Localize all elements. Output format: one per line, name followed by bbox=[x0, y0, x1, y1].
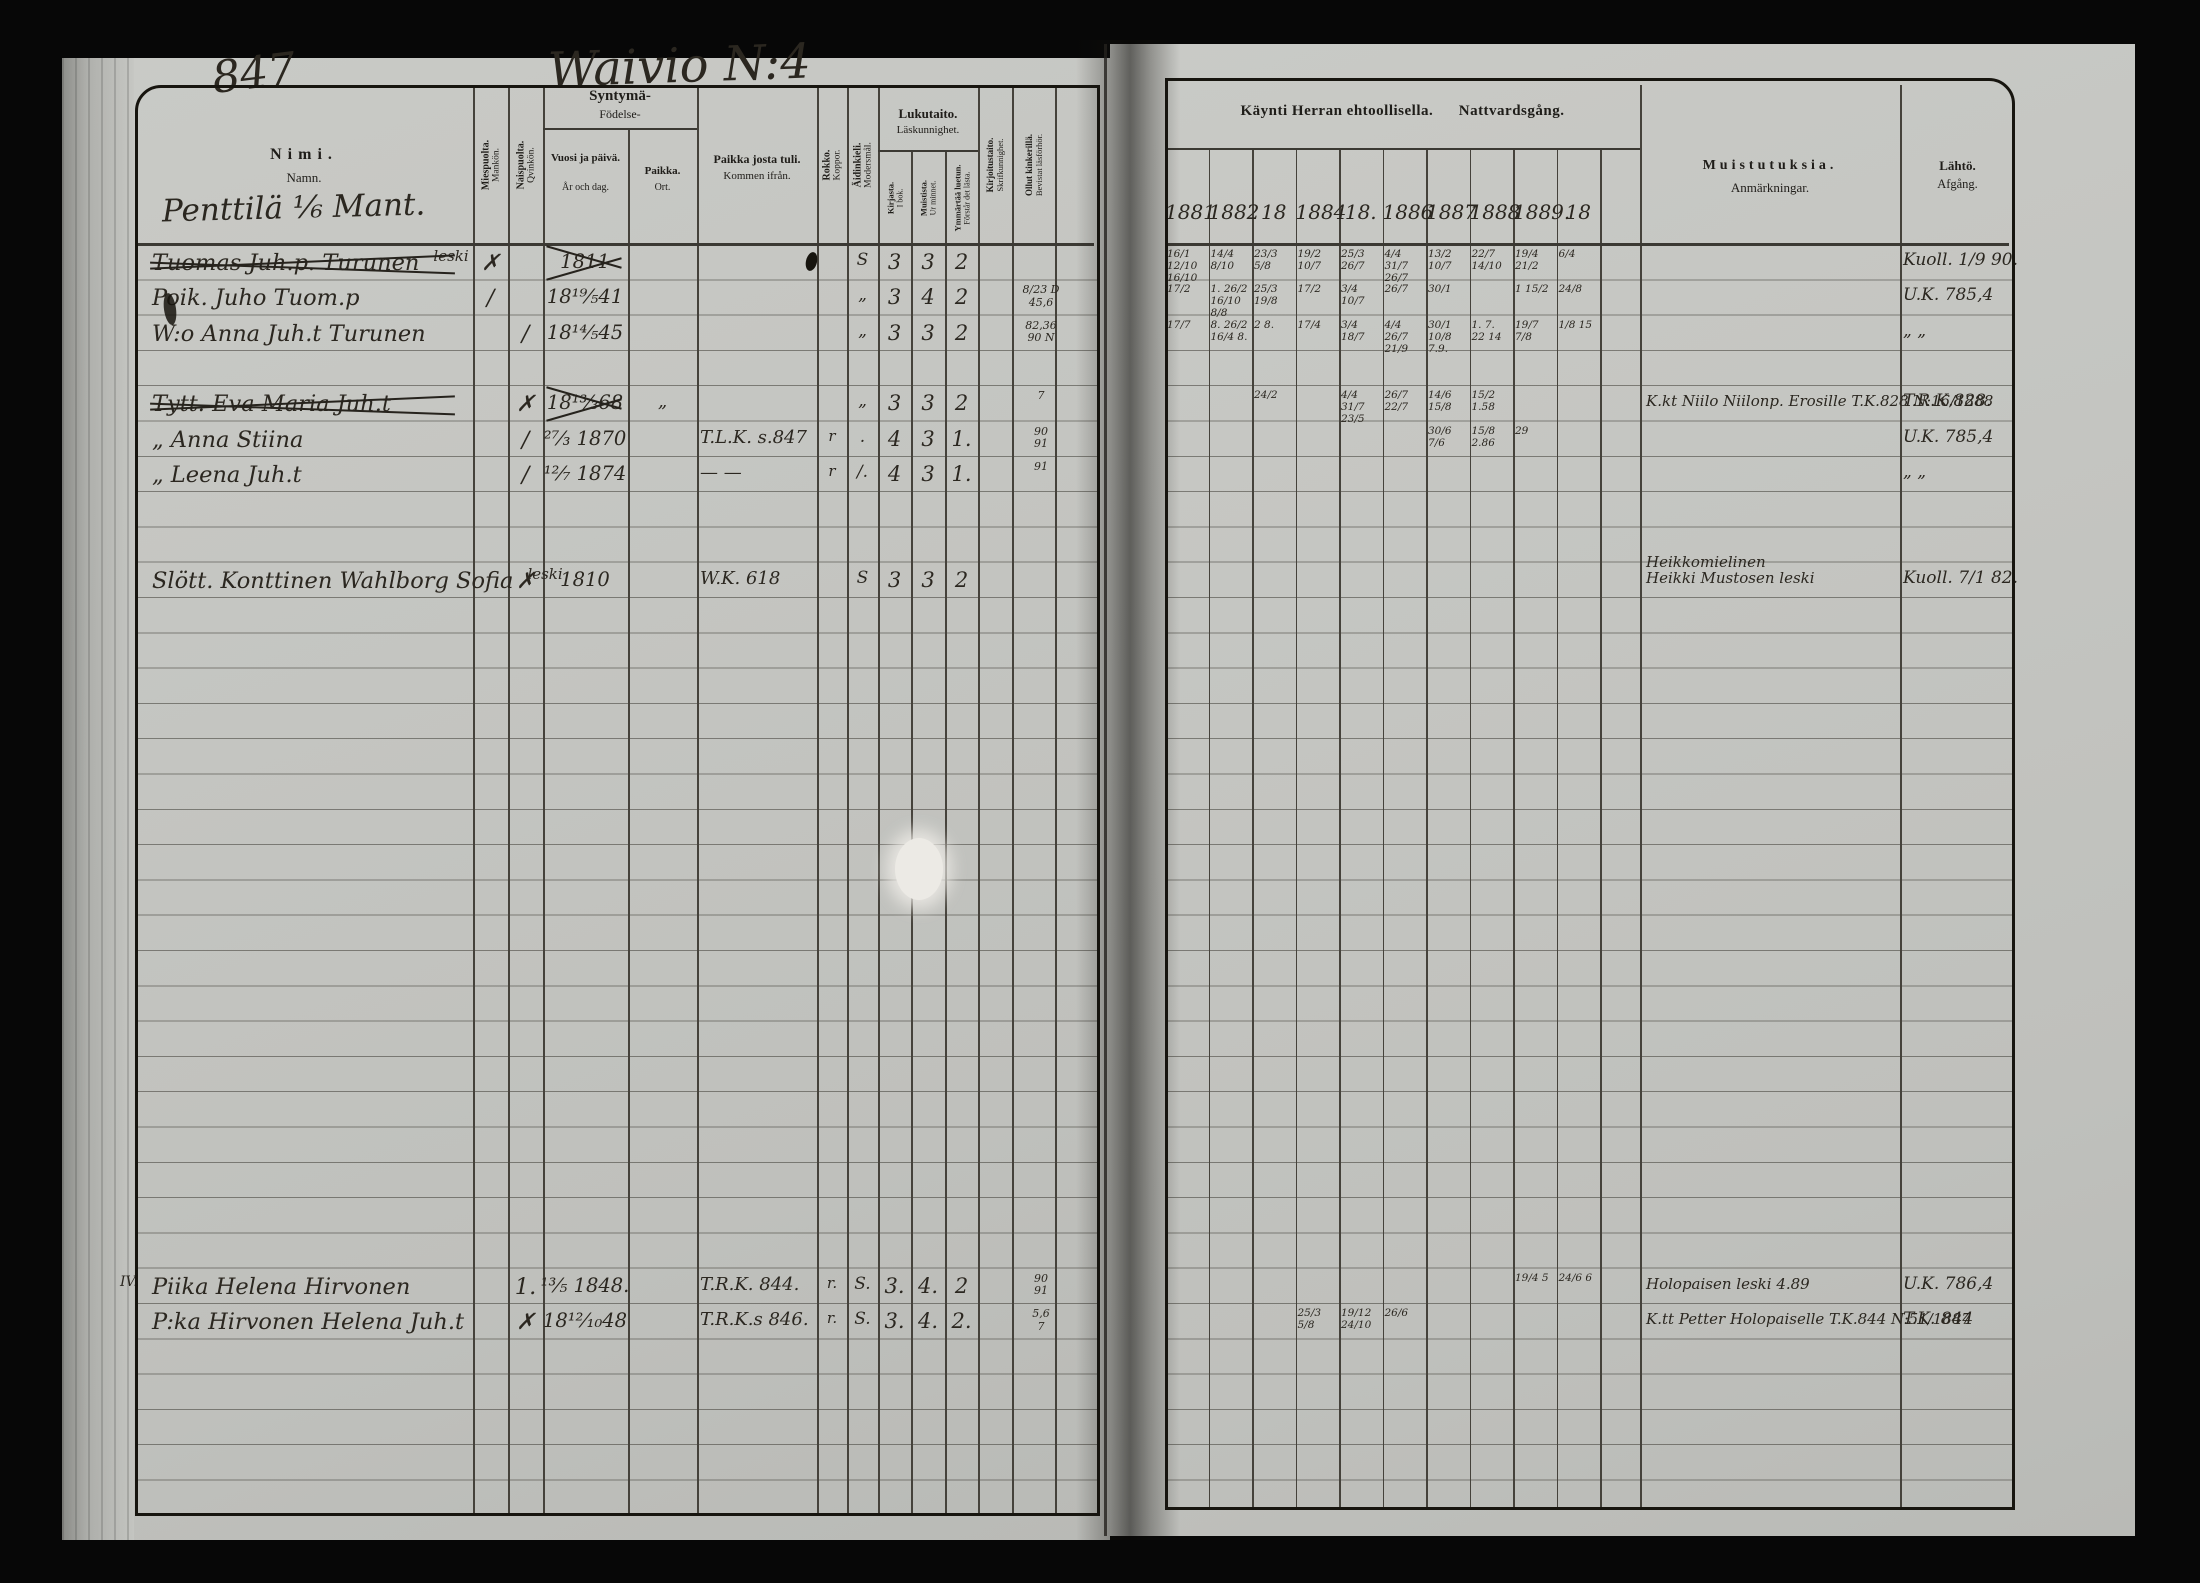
left-page-edge-line bbox=[1104, 44, 1107, 1536]
left-table-frame bbox=[135, 85, 1100, 1516]
right-table-frame bbox=[1165, 78, 2015, 1510]
church-record-scan: 847 Waivio N:4 Penttilä ⅙ Mant. Nimi. Na… bbox=[0, 0, 2200, 1583]
paper-stain-light bbox=[895, 838, 943, 900]
